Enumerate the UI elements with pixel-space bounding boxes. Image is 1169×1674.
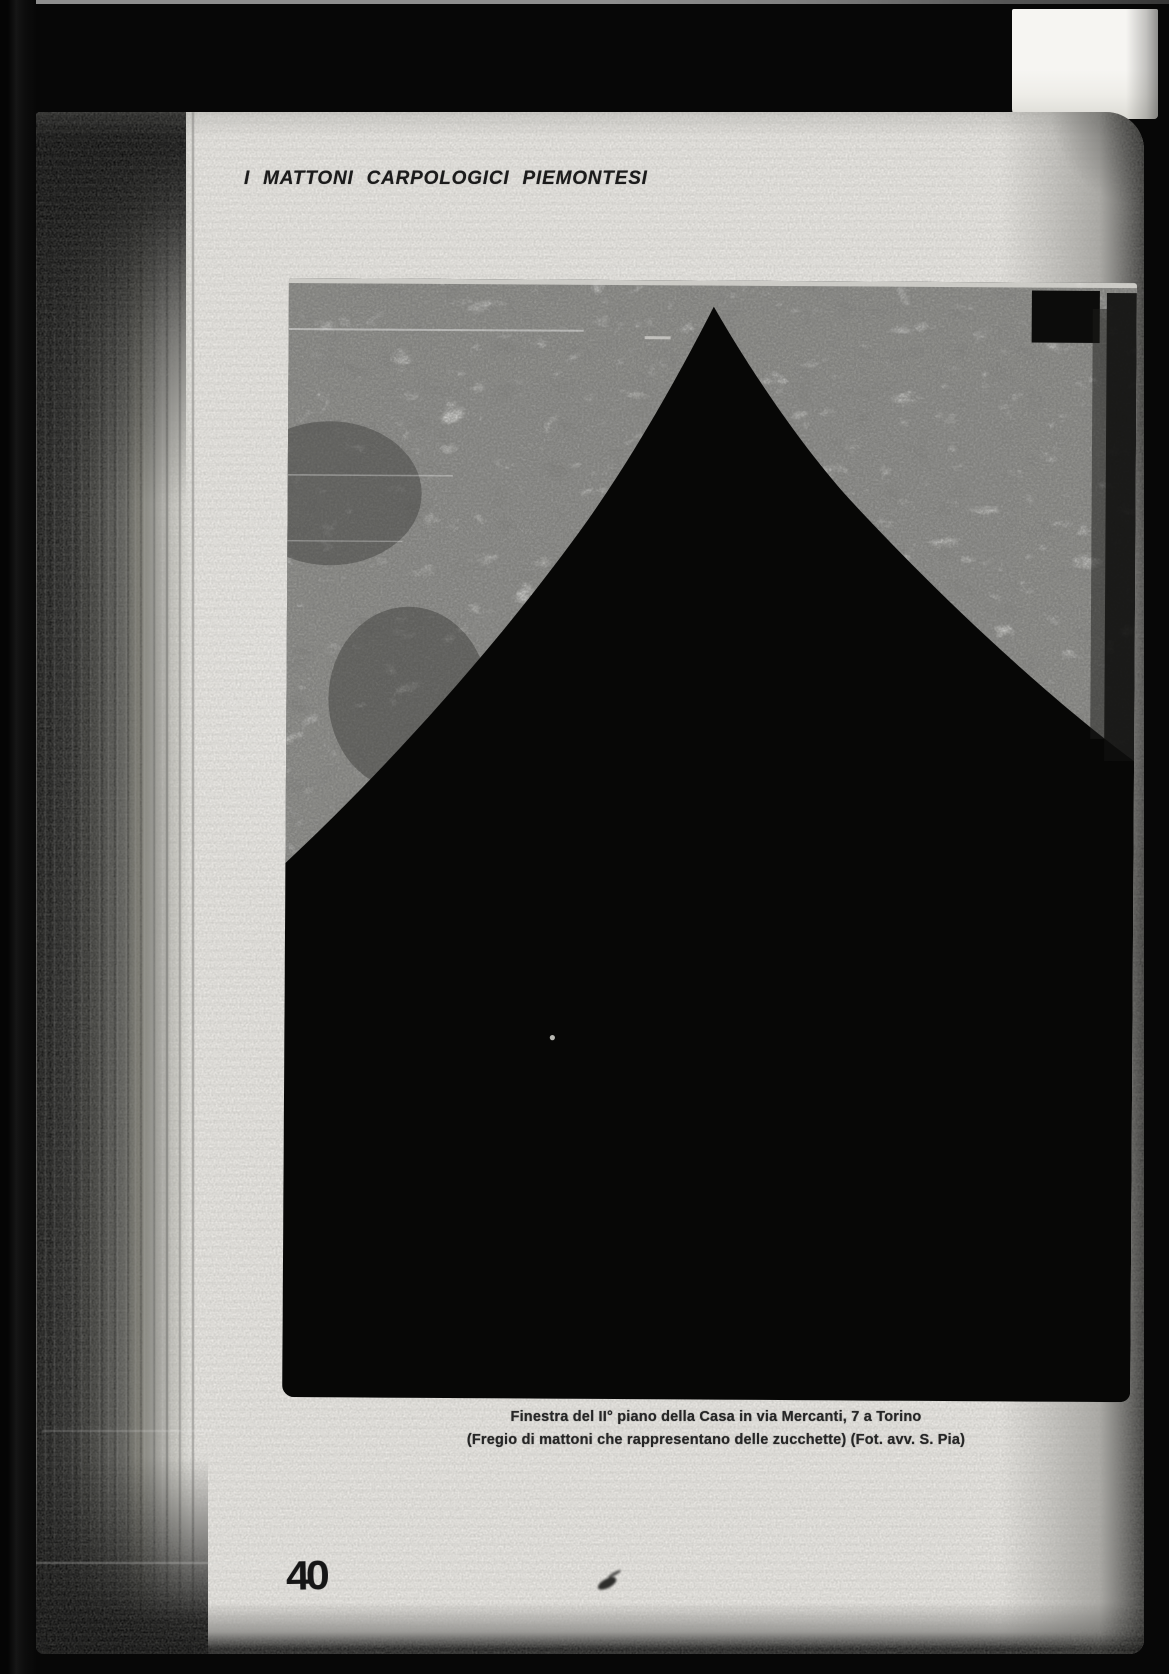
figure-photo — [282, 278, 1137, 1402]
page-header-title: I MATTONI CARPOLOGICI PIEMONTESI — [244, 168, 648, 190]
figure-caption: Finestra del II° piano della Casa in via… — [436, 1406, 996, 1452]
figure-caption-line-2: (Fregio di mattoni che rappresentano del… — [436, 1429, 996, 1452]
adjacent-page-fragment — [1012, 9, 1158, 119]
scratch-line — [42, 1430, 212, 1432]
figure-caption-line-1: Finestra del II° piano della Casa in via… — [436, 1406, 996, 1429]
scan-background: I MATTONI CARPOLOGICI PIEMONTESI — [0, 0, 1169, 1674]
page-number: 40 — [286, 1553, 327, 1600]
scan-top-edge-line — [0, 0, 1169, 4]
scratch-line — [36, 1562, 326, 1564]
scan-shadow-top-left — [36, 112, 186, 672]
photo-dark-block — [1032, 291, 1100, 343]
book-spine-shadow — [0, 0, 36, 1674]
photo-image — [282, 278, 1137, 1402]
scan-shadow-bottom-left — [36, 1354, 208, 1654]
